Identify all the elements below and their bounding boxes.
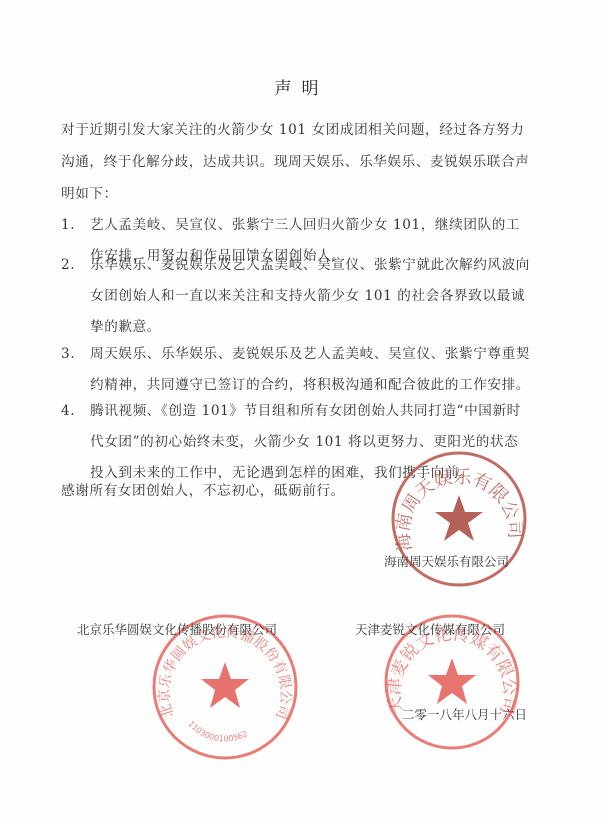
signing-date: 二零一八年八月十六日 xyxy=(402,705,527,723)
svg-text:1103000100562: 1103000100562 xyxy=(186,719,249,743)
item-text: 周天娱乐、乐华娱乐、麦锐娱乐及艺人孟美岐、吴宣仪、张紫宁尊重契约精神，共同遵守已… xyxy=(90,339,530,401)
document-title: 声明 xyxy=(0,74,603,99)
signatory-tianjin: 天津麦锐文化传媒有限公司 xyxy=(355,620,505,638)
signatory-beijing: 北京乐华圆娱文化传播股份有限公司 xyxy=(77,620,277,638)
item-number: 1. xyxy=(61,210,91,241)
item-number: 4. xyxy=(61,396,91,427)
signatory-haonan: 海南周天娱乐有限公司 xyxy=(384,552,509,570)
intro-paragraph: 对于近期引发大家关注的火箭少女 101 女团成团相关问题，经过各方努力沟通，终于… xyxy=(61,114,531,210)
item-number: 3. xyxy=(61,339,91,370)
list-item: 3. 周天娱乐、乐华娱乐、麦锐娱乐及艺人孟美岐、吴宣仪、张紫宁尊重契约精神，共同… xyxy=(61,339,541,401)
list-item: 2. 乐华娱乐、麦锐娱乐及艺人孟美岐、吴宣仪、张紫宁就此次解约风波向女团创始人和… xyxy=(61,250,541,343)
item-text: 乐华娱乐、麦锐娱乐及艺人孟美岐、吴宣仪、张紫宁就此次解约风波向女团创始人和一直以… xyxy=(90,250,530,343)
item-number: 2. xyxy=(61,250,91,281)
